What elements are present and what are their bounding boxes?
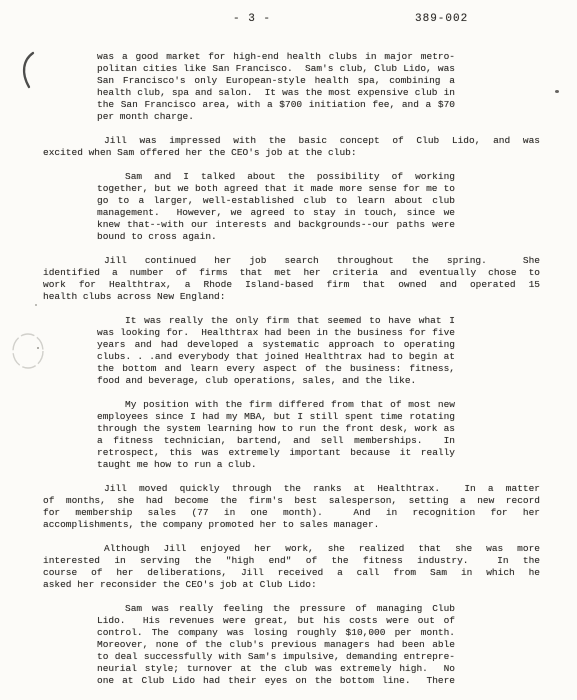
paragraph: Jill was impressed with the basic concep… [43, 135, 540, 159]
text-line: taught me how to run a club. [97, 459, 455, 471]
text-line: identified a number of firms that met he… [43, 267, 540, 279]
text-line: Moreover, none of the club's previous ma… [97, 639, 455, 651]
text-line: bound to cross again. [97, 231, 455, 243]
text-line: health clubs across New England: [43, 291, 540, 303]
scan-speck [37, 347, 39, 349]
paragraph: Jill continued her job search throughout… [43, 255, 540, 303]
text-line: My position with the firm differed from … [97, 399, 455, 411]
text-line: Although Jill enjoyed her work, she real… [43, 543, 540, 555]
text-line: Jill was impressed with the basic concep… [43, 135, 540, 147]
text-line: accomplishments, the company promoted he… [43, 519, 540, 531]
text-line: per month charge. [97, 111, 455, 123]
ink-dot [555, 90, 559, 93]
page-number: - 3 - [233, 13, 271, 25]
text-line: retrospect, this was extremely important… [97, 447, 455, 459]
text-line: go to a larger, well-established club to… [97, 195, 455, 207]
text-line: the San Francisco area, with a $700 init… [97, 99, 455, 111]
text-line: Lido. His revenues were great, but his c… [97, 615, 455, 627]
text-line: Jill moved quickly through the ranks at … [43, 483, 540, 495]
paragraph: Although Jill enjoyed her work, she real… [43, 543, 540, 591]
text-line: to deal successfully with Sam's impulsiv… [97, 651, 455, 663]
text-line: was looking for. Healthtrax had been in … [97, 327, 455, 339]
document-body: was a good market for high-end health cl… [43, 51, 540, 699]
text-line: the bottom and learn every aspect of the… [97, 363, 455, 375]
text-line: together, but we both agreed that it mad… [97, 183, 455, 195]
text-line: management. However, we agreed to stay i… [97, 207, 455, 219]
text-line: was a good market for high-end health cl… [97, 51, 455, 63]
text-line: health club, spa and salon. It was the m… [97, 87, 455, 99]
text-line: It was really the only firm that seemed … [97, 315, 455, 327]
text-line: San Francisco's only European-style heal… [97, 75, 455, 87]
text-line: years and had developed a systematic app… [97, 339, 455, 351]
document-number: 389-002 [415, 13, 468, 25]
scanned-document-page: - 3 - 389-002 was a good market for high… [0, 0, 577, 700]
text-line: a fitness technician, bartend, and sell … [97, 435, 455, 447]
handwritten-circle-mark [9, 331, 47, 371]
text-line: knew that--with our interests and backgr… [97, 219, 455, 231]
block-quote: Sam and I talked about the possibility o… [97, 171, 455, 243]
text-line: one at Club Lido had their eyes on the b… [97, 675, 455, 687]
text-line: through the system learning how to run t… [97, 423, 455, 435]
text-line: course of her deliberations, Jill receiv… [43, 567, 540, 579]
text-line: of months, she had become the firm's bes… [43, 495, 540, 507]
scan-speck [35, 304, 37, 306]
text-line: excited when Sam offered her the CEO's j… [43, 147, 540, 159]
text-line: food and beverage, club operations, sale… [97, 375, 455, 387]
paragraph: Jill moved quickly through the ranks at … [43, 483, 540, 531]
text-line: work for Healthtrax, a Rhode Island-base… [43, 279, 540, 291]
text-line: employees since I had my MBA, but I stil… [97, 411, 455, 423]
text-line: neurial style; turnover at the club was … [97, 663, 455, 675]
block-quote: Sam was really feeling the pressure of m… [97, 603, 455, 687]
text-line: Sam was really feeling the pressure of m… [97, 603, 455, 615]
handwritten-paren-mark [18, 50, 38, 90]
block-quote: My position with the firm differed from … [97, 399, 455, 471]
text-line: politan cities like San Francisco. Sam's… [97, 63, 455, 75]
text-line: asked her reconsider the CEO's job at Cl… [43, 579, 540, 591]
page-header: - 3 - 389-002 [0, 13, 577, 29]
block-quote: was a good market for high-end health cl… [97, 51, 455, 123]
text-line: control. The company was losing roughly … [97, 627, 455, 639]
text-line: Jill continued her job search throughout… [43, 255, 540, 267]
text-line: Sam and I talked about the possibility o… [97, 171, 455, 183]
text-line: interested in serving the "high end" of … [43, 555, 540, 567]
text-line: for membership sales (77 in one month). … [43, 507, 540, 519]
text-line: clubs. . .and everybody that joined Heal… [97, 351, 455, 363]
block-quote: It was really the only firm that seemed … [97, 315, 455, 387]
